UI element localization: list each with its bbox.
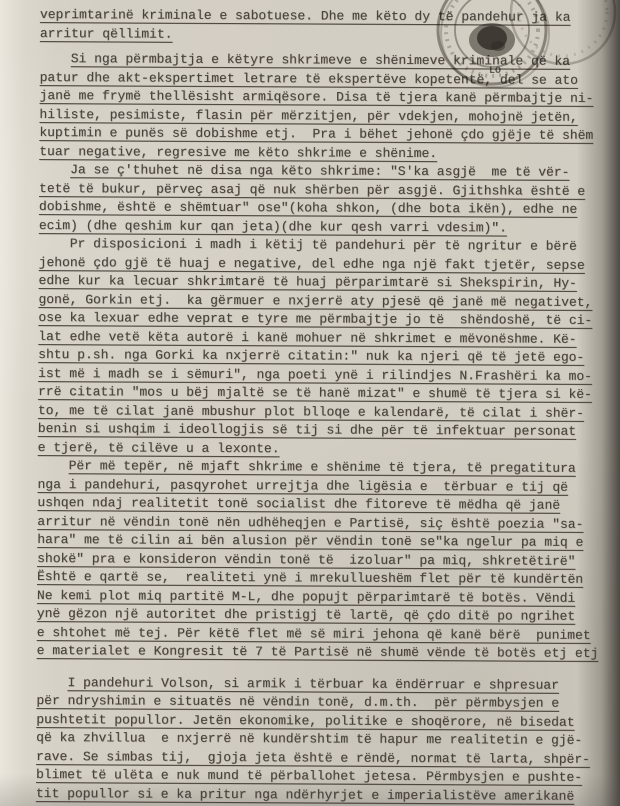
text-line-content: tetë të bukur, përveç asaj që nuk shërbe… bbox=[39, 180, 585, 198]
text-line-content: ist më i madh se i sëmuri", nga poeti yn… bbox=[38, 365, 592, 383]
text-line: dobishme, është e shëmtuar" ose"(koha sh… bbox=[39, 198, 591, 219]
text-line: ushqen ndaj realitetit tonë socialist dh… bbox=[37, 494, 589, 515]
text-line-content: për ndryshimin e situatës në vëndin tonë… bbox=[36, 693, 559, 711]
text-line: Për më tepër, në mjaft shkrime e shënime… bbox=[38, 457, 590, 478]
text-line-content: shtu p.sh. nga Gorki ka nxjerrë citatin:… bbox=[38, 347, 584, 365]
text-line-content: ynë gëzon një autoritet dhe pristigj të … bbox=[37, 606, 575, 624]
text-line: që ka zhvillua e nxjerrë në kundërshtim … bbox=[36, 729, 588, 750]
text-line-content: Për më tepër, në mjaft shkrime e shënime… bbox=[69, 458, 576, 476]
text-line: hara" me të cilin ai bën alusion për vën… bbox=[37, 531, 589, 552]
text-line: veprimtarinë kriminale e sabotuese. Dhe … bbox=[40, 6, 592, 27]
text-line-content: rave. Se simbas tij, gjoja jeta është e … bbox=[36, 748, 590, 766]
text-line-content: tit popullor si e ka pritur nga ndërhyrj… bbox=[36, 785, 574, 803]
text-line-content: kuptimin e punës së dobishme etj. Pra i … bbox=[39, 125, 593, 143]
text-line-content: patur dhe akt-ekspertimet letrare të eks… bbox=[40, 69, 578, 87]
scanned-document-page: veprimtarinë kriminale e sabotuese. Dhe … bbox=[0, 0, 620, 806]
text-line: shtu p.sh. nga Gorki ka nxjerrë citatin:… bbox=[38, 346, 590, 367]
text-line-content: Është e qartë se, realiteti ynë i mrekul… bbox=[37, 569, 583, 587]
text-line: rrë citatin "mos u bëj mjaltë se të hanë… bbox=[38, 383, 590, 404]
text-line: Është e qartë se, realiteti ynë i mrekul… bbox=[37, 568, 589, 589]
text-line-content: rrë citatin "mos u bëj mjaltë se të hanë… bbox=[38, 384, 592, 402]
text-line-content: janë me frymë thellësisht armiqësore. Di… bbox=[39, 88, 593, 106]
text-line: janë me frymë thellësisht armiqësore. Di… bbox=[39, 87, 591, 108]
text-line-content: lat edhe vetë këta autorë i kanë mohuer … bbox=[38, 328, 576, 346]
text-line-content: gonë, Gorkin etj. ka gërmuer e nxjerrë a… bbox=[38, 291, 592, 309]
text-line-content: ose ka lexuar edhe veprat e tyre me përm… bbox=[38, 310, 592, 328]
text-line: e materialet e Kongresit të 7 të Partisë… bbox=[37, 642, 589, 663]
text-line: arritur qëllimit. bbox=[40, 24, 592, 45]
text-line-content: e shtohet më tej. Për këtë flet më së mi… bbox=[37, 624, 591, 642]
text-line: Si nga përmbajtja e këtyre shkrimeve e s… bbox=[40, 50, 592, 71]
text-line-content: që ka zhvillua e nxjerrë në kundërshtim … bbox=[36, 730, 582, 748]
text-line-content: ushqen ndaj realitetit tonë socialist dh… bbox=[37, 495, 560, 513]
text-line-content: arritur qëllimit. bbox=[40, 25, 173, 41]
text-line-content: edhe kur ka lecuar shkrimtarë të huaj pë… bbox=[39, 273, 577, 291]
text-line-content: dobishme, është e shëmtuar" ose"(koha sh… bbox=[39, 199, 577, 217]
text-line-content: pushtetit popullor. Jetën ekonomike, pol… bbox=[36, 711, 574, 729]
text-line-content: Ja se ç'thuhet në disa nga këto shkrime:… bbox=[70, 162, 569, 180]
text-line: Pr disposicioni i madh i këtij të pandeh… bbox=[39, 235, 591, 256]
text-line: tit popullor si e ka pritur nga ndërhyrj… bbox=[36, 784, 588, 805]
text-line-content: shokë" pra e konsideron vëndin tonë të i… bbox=[37, 550, 575, 568]
text-line-content: Ne kemi plot miq partitë M-L, dhe popujt… bbox=[37, 587, 575, 605]
text-line-content: Pr disposicioni i madh i këtij të pandeh… bbox=[70, 236, 577, 254]
document-text: veprimtarinë kriminale e sabotuese. Dhe … bbox=[36, 6, 592, 806]
text-line: edhe kur ka lecuar shkrimtarë të huaj pë… bbox=[39, 272, 591, 293]
text-line: blimet të ulëta e nuk mund të përballohe… bbox=[36, 766, 588, 787]
text-line-content: ecim) (dhe qeshim kur qan jeta)(dhe kur … bbox=[39, 217, 507, 234]
text-line: Ja se ç'thuhet në disa nga këto shkrime:… bbox=[39, 161, 591, 182]
text-line-content: tuar negative, regresive me këto shkrime… bbox=[39, 143, 437, 160]
text-line-content: nga i pandehuri, pasqyrohet urrejtja dhe… bbox=[37, 476, 568, 494]
text-line-content: benin si ushqim i ideollogjis së tij si … bbox=[38, 421, 576, 439]
text-line: benin si ushqim i ideollogjis së tij si … bbox=[38, 420, 590, 441]
text-line: për ndryshimin e situatës në vëndin tonë… bbox=[36, 692, 588, 713]
text-line-content: e tjerë, të cilëve u a lexonte. bbox=[38, 439, 280, 455]
text-line: kuptimin e punës së dobishme etj. Pra i … bbox=[39, 124, 591, 145]
text-line: ose ka lexuar edhe veprat e tyre me përm… bbox=[38, 309, 590, 330]
text-line-content: jehonë çdo gjë të huaj e negative, del e… bbox=[39, 254, 585, 272]
text-line-content: I pandehuri Volson, si armik i tërbuar k… bbox=[67, 675, 559, 693]
text-line-content: veprimtarinë kriminale e sabotuese. Dhe … bbox=[40, 7, 571, 25]
text-line-content: Si nga përmbajtja e këtyre shkrimeve e s… bbox=[71, 51, 570, 69]
text-line-content: blimet të ulëta e nuk mund të përballohe… bbox=[36, 767, 582, 785]
text-line-content: e materialet e Kongresit të 7 të Partisë… bbox=[37, 643, 599, 661]
text-line-content: arritur në vëndin tonë nën udhëheqjen e … bbox=[37, 513, 583, 531]
text-line-content: hara" me të cilin ai bën alusion për vën… bbox=[37, 532, 583, 550]
text-line-content: to, me të cilat janë mbushur plot blloqe… bbox=[38, 402, 584, 420]
text-line-content: hiliste, pesimiste, flasin për mërzitjen… bbox=[39, 106, 577, 124]
text-line: ynë gëzon një autoritet dhe pristigj të … bbox=[37, 605, 589, 626]
